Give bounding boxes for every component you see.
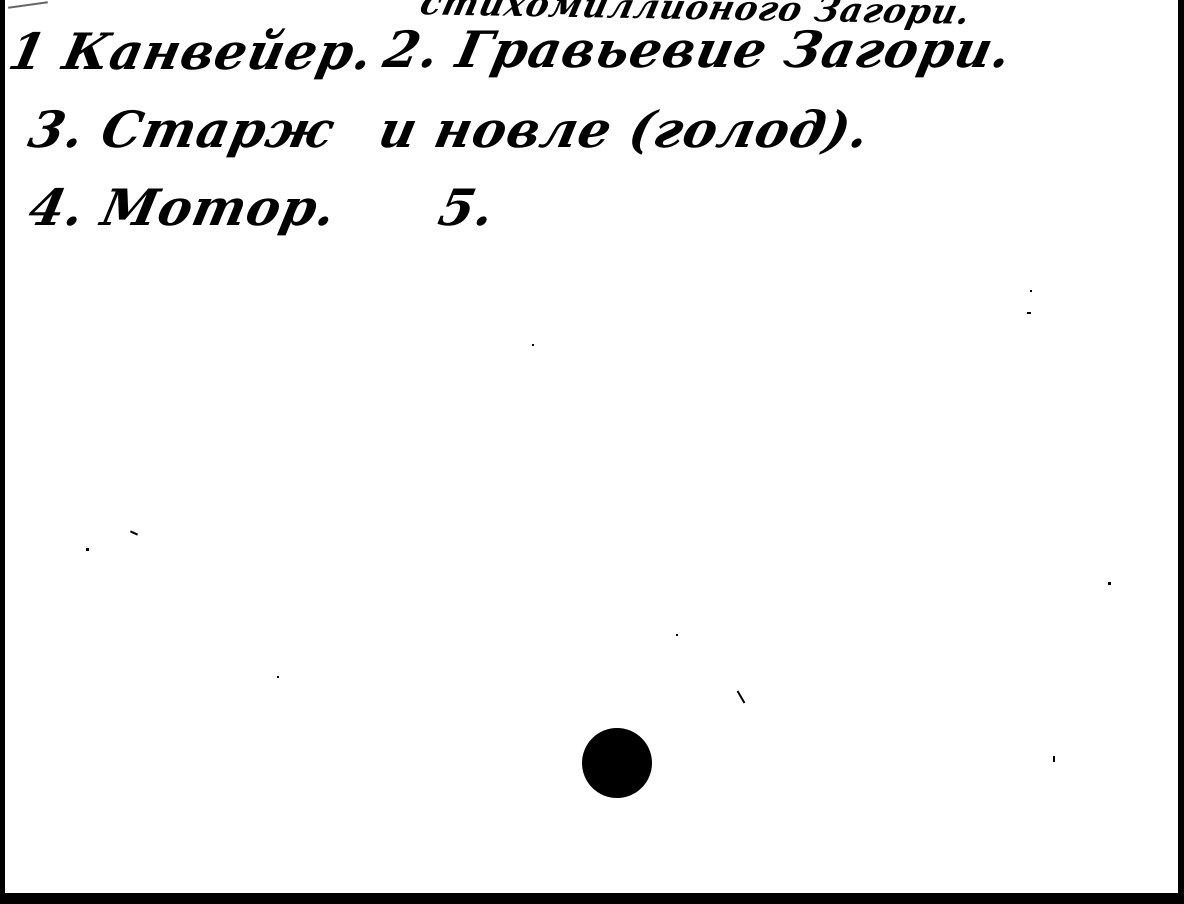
speck: [676, 634, 678, 636]
card-right-border: [1178, 0, 1184, 893]
index-card: 1 Канвейер. стихомиллионого Загори. 2. Г…: [0, 0, 1184, 904]
speck: [130, 530, 138, 535]
line-1-text: 1 Канвейер.: [4, 22, 379, 81]
speck: [1027, 312, 1031, 314]
line-2-text: 2. Гравьевие Загори.: [379, 20, 1018, 79]
speck: [1108, 582, 1111, 585]
line-4-text: 4. Мотор.: [24, 178, 342, 237]
line-3-text-part2: и новле (голод).: [374, 100, 876, 159]
speck: [277, 676, 279, 678]
speck: [737, 690, 746, 703]
line-5-number: 5.: [434, 178, 501, 237]
speck: [86, 548, 89, 551]
corner-scratch-mark: [8, 1, 48, 9]
card-bottom-border-left: [0, 898, 440, 904]
card-left-border: [0, 0, 5, 904]
punch-hole-icon: [582, 728, 652, 798]
speck: [1030, 290, 1032, 292]
speck: [1053, 756, 1055, 762]
line-3-text-part1: 3. Старж: [24, 100, 339, 159]
speck: [532, 344, 534, 346]
